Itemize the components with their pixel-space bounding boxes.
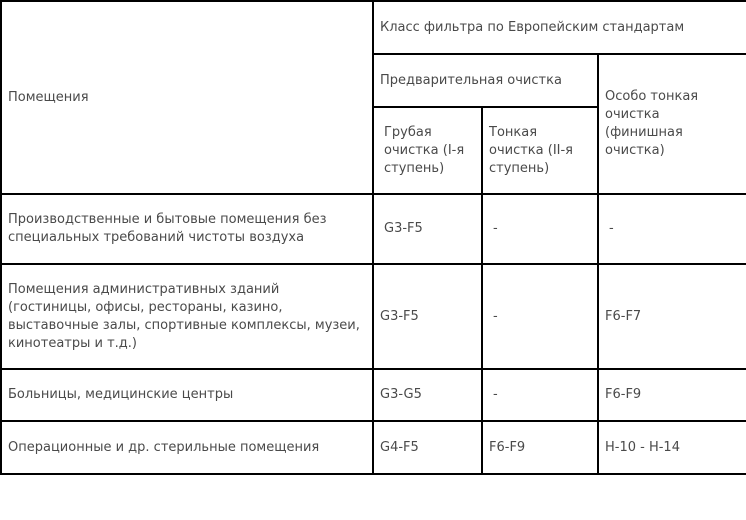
table-row: Операционные и др. стерильные помещения … <box>1 421 746 474</box>
header-ultra-fine: Особо тонкая очистка (финишная очистка) <box>598 54 746 194</box>
fine-cell: - <box>482 369 598 421</box>
room-cell: Производственные и бытовые помещения без… <box>1 194 373 264</box>
ultra-fine-cell: H-10 - H-14 <box>598 421 746 474</box>
fine-cell: - <box>482 194 598 264</box>
ultra-fine-cell: F6-F7 <box>598 264 746 369</box>
filter-class-table: Помещения Класс фильтра по Европейским с… <box>0 0 746 475</box>
coarse-cell: G4-F5 <box>373 421 482 474</box>
header-coarse: Грубая очистка (I-я ступень) <box>373 107 482 194</box>
coarse-cell: G3-G5 <box>373 369 482 421</box>
table-row: Производственные и бытовые помещения без… <box>1 194 746 264</box>
table-row: Помещения административных зданий (гости… <box>1 264 746 369</box>
header-fine: Тонкая очистка (II-я ступень) <box>482 107 598 194</box>
room-cell: Помещения административных зданий (гости… <box>1 264 373 369</box>
coarse-cell: G3-F5 <box>373 264 482 369</box>
fine-cell: - <box>482 264 598 369</box>
header-row-1: Помещения Класс фильтра по Европейским с… <box>1 1 746 54</box>
ultra-fine-cell: - <box>598 194 746 264</box>
room-cell: Больницы, медицинские центры <box>1 369 373 421</box>
header-pre-cleaning: Предварительная очистка <box>373 54 598 107</box>
room-cell: Операционные и др. стерильные помещения <box>1 421 373 474</box>
coarse-cell: G3-F5 <box>373 194 482 264</box>
ultra-fine-cell: F6-F9 <box>598 369 746 421</box>
fine-cell: F6-F9 <box>482 421 598 474</box>
header-rooms: Помещения <box>1 1 373 194</box>
table-row: Больницы, медицинские центры G3-G5 - F6-… <box>1 369 746 421</box>
header-filter-class: Класс фильтра по Европейским стандартам <box>373 1 746 54</box>
